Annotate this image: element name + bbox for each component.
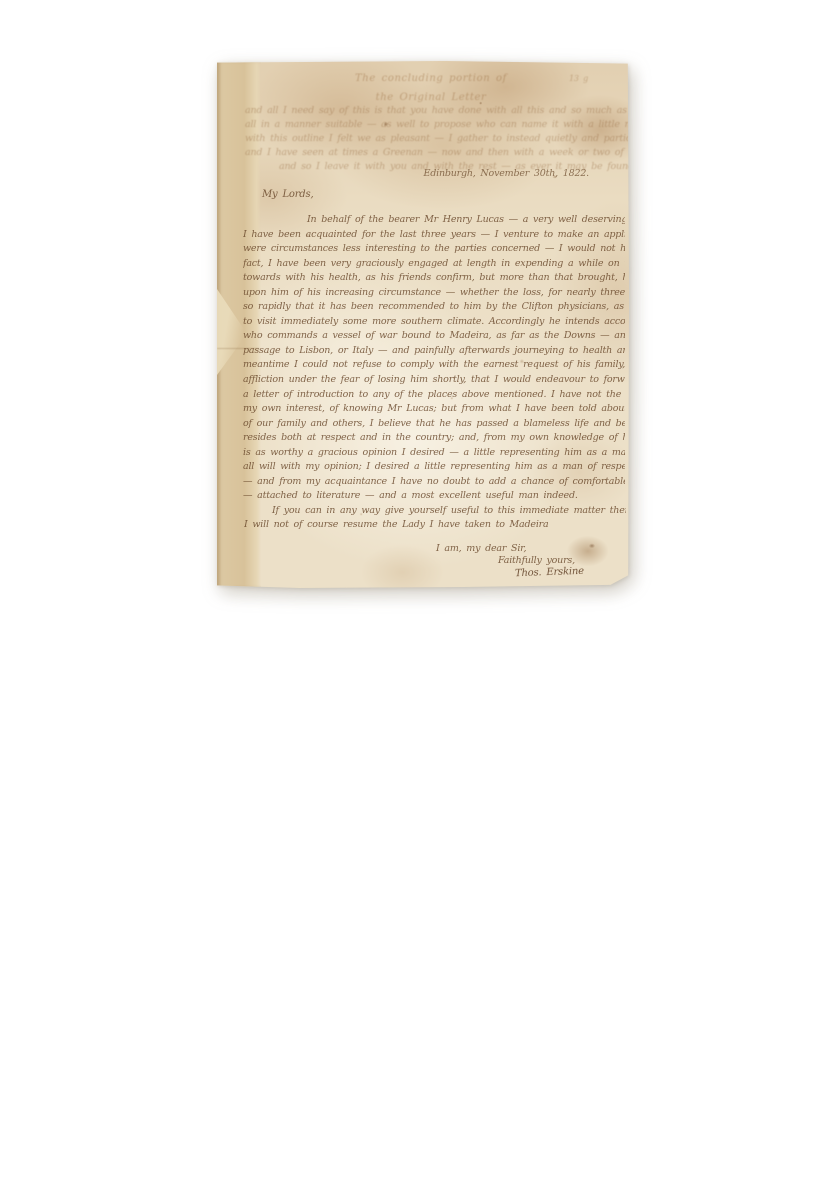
script-line: I have been acquainted for the last thre…	[243, 228, 625, 243]
script-line: of our family and others, I believe that…	[243, 417, 625, 432]
script-line: and all I need say of this is that you h…	[245, 105, 629, 119]
script-line: with this outline I felt we as pleasant …	[245, 133, 629, 147]
script-line: In behalf of the bearer Mr Henry Lucas —…	[243, 213, 625, 228]
script-line: — and from my acquaintance I have no dou…	[243, 475, 625, 490]
script-line: affliction under the fear of losing him …	[243, 373, 625, 388]
script-line: upon him of his increasing circumstance …	[243, 286, 625, 301]
script-line: passage to Lisbon, or Italy — and painfu…	[243, 344, 625, 359]
script-line: towards with his health, as his friends …	[243, 271, 625, 286]
script-line: were circumstances less interesting to t…	[243, 242, 625, 257]
script-line: resides both at respect and in the count…	[243, 431, 625, 446]
script-line: to visit immediately some more southern …	[243, 315, 625, 330]
paper-shadow: The concluding portion of the Original L…	[217, 61, 629, 588]
script-line: fact, I have been very graciously engage…	[243, 257, 625, 272]
dateline: Edinburgh, November 30th, 1822.	[423, 168, 589, 179]
valediction-line: Faithfully yours,	[498, 555, 575, 566]
photo-background: The concluding portion of the Original L…	[0, 0, 819, 1197]
script-line: meantime I could not refuse to comply wi…	[243, 358, 625, 373]
body-paragraph: In behalf of the bearer Mr Henry Lucas —…	[243, 213, 625, 504]
signature: Thos. Erskine	[515, 566, 584, 579]
script-line: — attached to literature — and a most ex…	[243, 489, 625, 504]
docket-lines: The concluding portion of the Original L…	[281, 70, 581, 108]
salutation: My Lords,	[262, 189, 313, 200]
handwriting-layer: The concluding portion of the Original L…	[217, 61, 629, 588]
faded-paragraph: and all I need say of this is that you h…	[245, 105, 629, 175]
script-line: If you can in any way give yourself usef…	[244, 505, 626, 519]
script-line: who commands a vessel of war bound to Ma…	[243, 329, 625, 344]
docket-line: The concluding portion of	[281, 70, 581, 89]
closing-line: I am, my dear Sir,	[436, 543, 526, 554]
letter-paper: The concluding portion of the Original L…	[217, 61, 629, 588]
script-line: all will with my opinion; I desired a li…	[243, 460, 625, 475]
final-paragraph: If you can in any way give yourself usef…	[244, 505, 626, 532]
script-line: and I have seen at times a Greenan — now…	[245, 147, 629, 161]
script-line: is as worthy a gracious opinion I desire…	[243, 446, 625, 461]
script-line: I will not of course resume the Lady I h…	[244, 519, 626, 533]
docket-mark: 13 g	[569, 74, 588, 83]
script-line: so rapidly that it has been recommended …	[243, 300, 625, 315]
script-line: my own interest, of knowing Mr Lucas; bu…	[243, 402, 625, 417]
script-line: a letter of introduction to any of the p…	[243, 388, 625, 403]
script-line: all in a manner suitable — as well to pr…	[245, 119, 629, 133]
